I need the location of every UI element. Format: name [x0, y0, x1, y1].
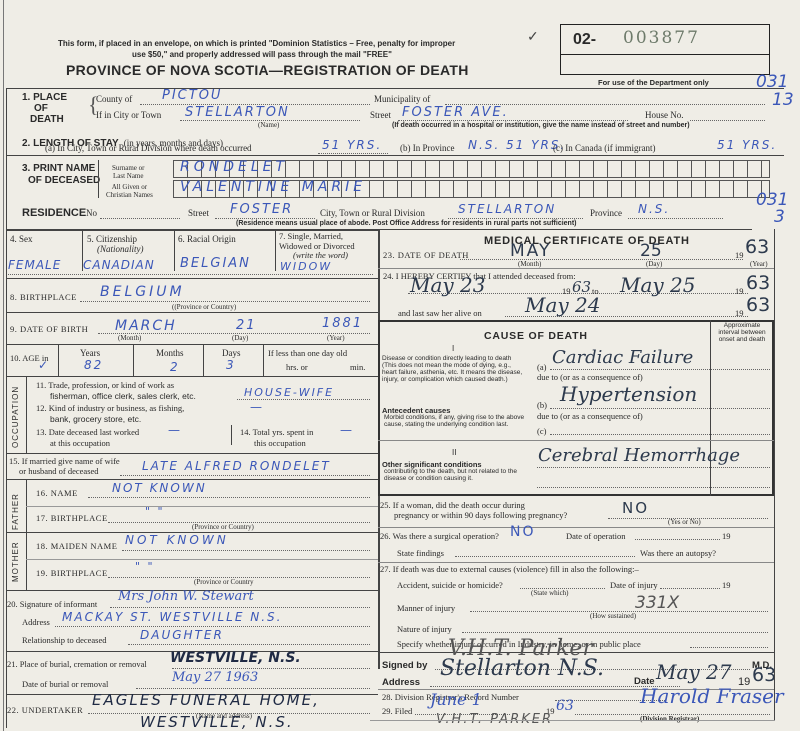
- mother-birthplace-label: 19. BIRTHPLACE: [36, 568, 108, 578]
- informant-address-label: Address: [22, 617, 50, 627]
- registrar-sub: (Division Registrar): [640, 715, 699, 723]
- dob-day-sub: (Day): [232, 334, 248, 342]
- city-label: If in City or Town: [96, 110, 161, 120]
- hospital-note: (If death occurred in a hospital or inst…: [392, 122, 690, 129]
- residence-province-label: Province: [590, 208, 622, 218]
- mail-notice-line2: use $50," and properly addressed will pa…: [132, 50, 392, 59]
- given-names-label: All Given orChristian Names: [106, 183, 153, 199]
- dob-year: 1881: [322, 316, 363, 331]
- father-birthplace-value: " ": [145, 505, 165, 518]
- other-conditions-label: contributing to the death, but not relat…: [384, 468, 529, 482]
- q25-label: 25. If a woman, did the death occur duri…: [380, 500, 567, 520]
- dod-day-sub: (Day): [646, 260, 662, 268]
- attended-to-year-prefix: 19: [735, 286, 744, 296]
- burial-place-value: WESTVILLE, N.S.: [170, 650, 301, 666]
- reg-prefix: 02-: [573, 31, 596, 49]
- filed-value: June 1: [430, 690, 482, 709]
- due-to-2: due to (or as a consequence of): [537, 411, 643, 421]
- dod-year-prefix: 19: [735, 250, 744, 260]
- operation-date-suffix: 19: [722, 531, 731, 541]
- undertaker-label: 22. UNDERTAKER: [7, 705, 83, 715]
- sig-address-value: Stellarton N.S.: [440, 656, 604, 681]
- stay-city-value: 51 YRS.: [322, 138, 382, 152]
- accident-sub: (State which): [531, 589, 569, 597]
- q14-label: 14. Total yrs. spent in this occupation: [240, 427, 313, 449]
- cause-b-label: (b): [537, 400, 547, 410]
- sig-date-year: 63: [752, 664, 776, 686]
- registration-number-box: 02- 003877: [560, 24, 770, 75]
- residence-no-label: No: [86, 208, 97, 218]
- birthplace-sub: ((Province or Country): [172, 303, 236, 311]
- father-name-label: 16. NAME: [36, 488, 78, 498]
- q25-value: NO: [622, 499, 649, 517]
- manner-sub: (How sustained): [590, 612, 636, 620]
- q26-value: NO: [510, 524, 536, 540]
- operation-date-label: Date of operation: [566, 531, 625, 541]
- margin-code-2-sub: 3: [774, 207, 785, 227]
- filed-label: 29. Filed: [382, 706, 412, 716]
- age-check-icon: ✓: [38, 358, 50, 372]
- attended-from: May 23: [410, 273, 486, 297]
- form-title: PROVINCE OF NOVA SCOTIA—REGISTRATION OF …: [66, 62, 469, 78]
- city-value: STELLARTON: [185, 105, 290, 120]
- age-months: 2: [170, 360, 180, 374]
- burial-date-label: Date of burial or removal: [22, 679, 108, 689]
- mother-maiden-label: 18. MAIDEN NAME: [36, 541, 117, 551]
- undertaker-value-line2: WESTVILLE, N.S.: [140, 713, 294, 731]
- manner-label: Manner of injury: [397, 603, 455, 613]
- burial-date-value: May 27 1963: [172, 670, 258, 685]
- residence-label: RESIDENCE: [22, 207, 86, 219]
- municipality-label: Municipality of: [374, 94, 430, 104]
- informant-address-value: MACKAY ST. WESTVILLE N.S.: [62, 610, 282, 624]
- mother-maiden-value: NOT KNOWN: [125, 533, 229, 547]
- cause-heading: CAUSE OF DEATH: [484, 330, 588, 342]
- stay-canada-value: 51 YRS.: [717, 138, 777, 152]
- findings-label: State findings: [397, 548, 444, 558]
- informant-label: 20. Signature of informant: [7, 599, 97, 609]
- attended-to: May 25: [620, 273, 696, 297]
- nature-label: Nature of injury: [397, 624, 452, 634]
- residence-city-label: City, Town or Rural Division: [320, 208, 425, 218]
- attended-to-year: 63: [746, 272, 770, 294]
- racial-origin-label: 6. Racial Origin: [178, 234, 236, 244]
- dod-label: 23. DATE OF DEATH: [383, 250, 469, 260]
- county-value: PICTOU: [162, 88, 222, 103]
- section-ii: II: [452, 448, 456, 457]
- dod-day: 25: [640, 241, 662, 261]
- age-hrs-label: hrs. or: [286, 362, 308, 372]
- county-label: County of: [96, 94, 132, 104]
- registrar-signature: Harold Fraser: [640, 684, 784, 708]
- q13-label: 13. Date deceased last worked at this oc…: [36, 427, 139, 449]
- direct-cause-label: Disease or condition directly leading to…: [382, 355, 527, 383]
- age-months-label: Months: [156, 348, 184, 358]
- injury-date-suffix: 19: [722, 580, 731, 590]
- cause-a-value: Cardiac Failure: [552, 347, 693, 368]
- surname-label: Surname orLast Name: [112, 164, 144, 180]
- due-to-1: due to (or as a consequence of): [537, 372, 643, 382]
- residence-province-value: N.S.: [638, 202, 670, 216]
- given-names-value: VALENTINE MARIE: [180, 179, 366, 195]
- age-days: 3: [226, 358, 236, 372]
- death-registration-form: This form, if placed in an envelope, on …: [0, 0, 800, 731]
- dob-month: MARCH: [115, 318, 177, 334]
- autopsy-label: Was there an autopsy?: [640, 548, 716, 558]
- racial-origin-value: BELGIAN: [180, 256, 251, 271]
- signed-by-label: Signed by: [382, 660, 427, 671]
- dod-year: 63: [745, 236, 769, 258]
- manner-value: 331X: [635, 593, 679, 613]
- residence-street-value: FOSTER: [230, 202, 293, 217]
- dob-month-sub: (Month): [118, 334, 141, 342]
- age-days-label: Days: [222, 348, 241, 358]
- print-name-label: 3. PRINT NAME OF DECEASED: [22, 163, 100, 187]
- q12-value: —: [250, 400, 264, 414]
- citizenship-value: CANADIAN: [83, 258, 155, 272]
- stay-province-value: N.S. 51 YRS.: [468, 138, 566, 152]
- interval-label: Approximate interval between onset and d…: [713, 322, 771, 343]
- place-of-death-label: 1. PLACE OF DEATH: [22, 92, 67, 125]
- q11-value: HOUSE-WIFE: [244, 386, 334, 399]
- age-less-label: If less than one day old: [268, 348, 347, 358]
- q25-sub: (Yes or No): [668, 518, 701, 526]
- stay-province-label: (b) In Province: [400, 143, 454, 153]
- stay-canada-label: (c) In Canada (if immigrant): [553, 143, 655, 153]
- cause-c-label: (c): [537, 426, 546, 436]
- other-conditions-value: Cerebral Hemorrhage: [538, 445, 740, 466]
- house-label: House No.: [645, 110, 684, 120]
- stay-city-label: (a) In City, Town or Rural Division wher…: [45, 143, 252, 153]
- injury-date-label: Date of injury: [610, 580, 658, 590]
- spouse-label: 15. If married give name of wife or husb…: [9, 456, 120, 476]
- antecedent-label: Morbid conditions, if any, giving rise t…: [384, 414, 529, 428]
- q13-value: —: [168, 423, 182, 437]
- occupation-side-label: OCCUPATION: [11, 386, 20, 448]
- marital-status-value: WIDOW: [280, 260, 332, 273]
- residence-note: (Residence means usual place of abode. P…: [236, 220, 577, 227]
- dob-label: 9. DATE OF BIRTH: [10, 324, 88, 334]
- surname-value: RONDELET: [180, 159, 288, 175]
- city-sub: (Name): [258, 121, 279, 129]
- q11-label: 11. Trade, profession, or kind of work a…: [36, 380, 196, 402]
- sex-label: 4. Sex: [10, 234, 33, 244]
- informant-signature: Mrs John W. Stewart: [118, 589, 254, 604]
- filed-year: 63: [556, 698, 574, 714]
- checkmark-icon: ✓: [527, 29, 539, 45]
- reg-number: 003877: [623, 28, 700, 48]
- last-seen-value: May 24: [525, 293, 601, 317]
- left-border: [3, 0, 4, 731]
- residence-street-label: Street: [188, 208, 209, 218]
- relationship-value: DAUGHTER: [140, 628, 224, 642]
- dod-year-sub: (Year): [750, 260, 768, 268]
- last-seen-year: 63: [746, 294, 770, 316]
- father-name-value: NOT KNOWN: [112, 481, 207, 495]
- mother-birthplace-value: " ": [135, 560, 155, 573]
- father-birthplace-sub: (Province or Country): [192, 523, 254, 531]
- sig-date-value: May 27: [656, 660, 732, 684]
- birthplace-value: BELGIUM: [100, 284, 185, 300]
- q26-label: 26. Was there a surgical operation?: [380, 531, 499, 541]
- mail-notice-line1: This form, if placed in an envelope, on …: [58, 39, 455, 48]
- father-side-label: FATHER: [11, 493, 20, 530]
- street-label: Street: [370, 110, 391, 120]
- q14-value: —: [340, 423, 354, 437]
- residence-city-value: STELLARTON: [458, 202, 556, 216]
- dept-use-note: For use of the Department only: [598, 78, 709, 87]
- spouse-value: LATE ALFRED RONDELET: [142, 459, 331, 473]
- margin-code: 031: [756, 72, 788, 92]
- birthplace-label: 8. BIRTHPLACE: [10, 292, 77, 302]
- q27-label: 27. If death was due to external causes …: [380, 564, 639, 574]
- form-left-border: [6, 88, 7, 728]
- sex-value: FEMALE: [8, 258, 61, 272]
- citizenship-label: 5. Citizenship (Nationality): [87, 234, 144, 254]
- burial-place-label: 21. Place of burial, cremation or remova…: [7, 659, 147, 669]
- mother-side-label: MOTHER: [11, 541, 20, 582]
- cause-a-label: (a): [537, 362, 546, 372]
- age-years-label: Years: [80, 348, 100, 358]
- undertaker-value-line1: EAGLES FUNERAL HOME,: [92, 691, 320, 709]
- street-value: FOSTER AVE.: [402, 105, 509, 120]
- father-birthplace-label: 17. BIRTHPLACE: [36, 513, 108, 523]
- accident-label: Accident, suicide or homicide?: [397, 580, 503, 590]
- dob-year-sub: (Year): [327, 334, 345, 342]
- q12-label: 12. Kind of industry or business, as fis…: [36, 403, 184, 425]
- section-i: I: [452, 344, 454, 353]
- marital-status-label: 7. Single, Married, Widowed or Divorced …: [279, 232, 355, 261]
- age-min-label: min.: [350, 362, 365, 372]
- dob-day: 21: [236, 318, 257, 333]
- last-seen-label: and last saw her alive on: [398, 308, 482, 318]
- relationship-label: Relationship to deceased: [22, 635, 107, 645]
- sig-address-label: Address: [382, 677, 420, 688]
- mother-birthplace-sub: (Province or Country: [194, 578, 254, 586]
- age-years: 82: [84, 358, 103, 372]
- margin-code-sub: 13: [772, 90, 794, 110]
- dod-month-sub: (Month): [518, 260, 541, 268]
- last-seen-year-prefix: 19: [735, 308, 744, 318]
- dod-month: MAY: [510, 241, 551, 261]
- cause-b-value: Hypertension: [560, 382, 697, 406]
